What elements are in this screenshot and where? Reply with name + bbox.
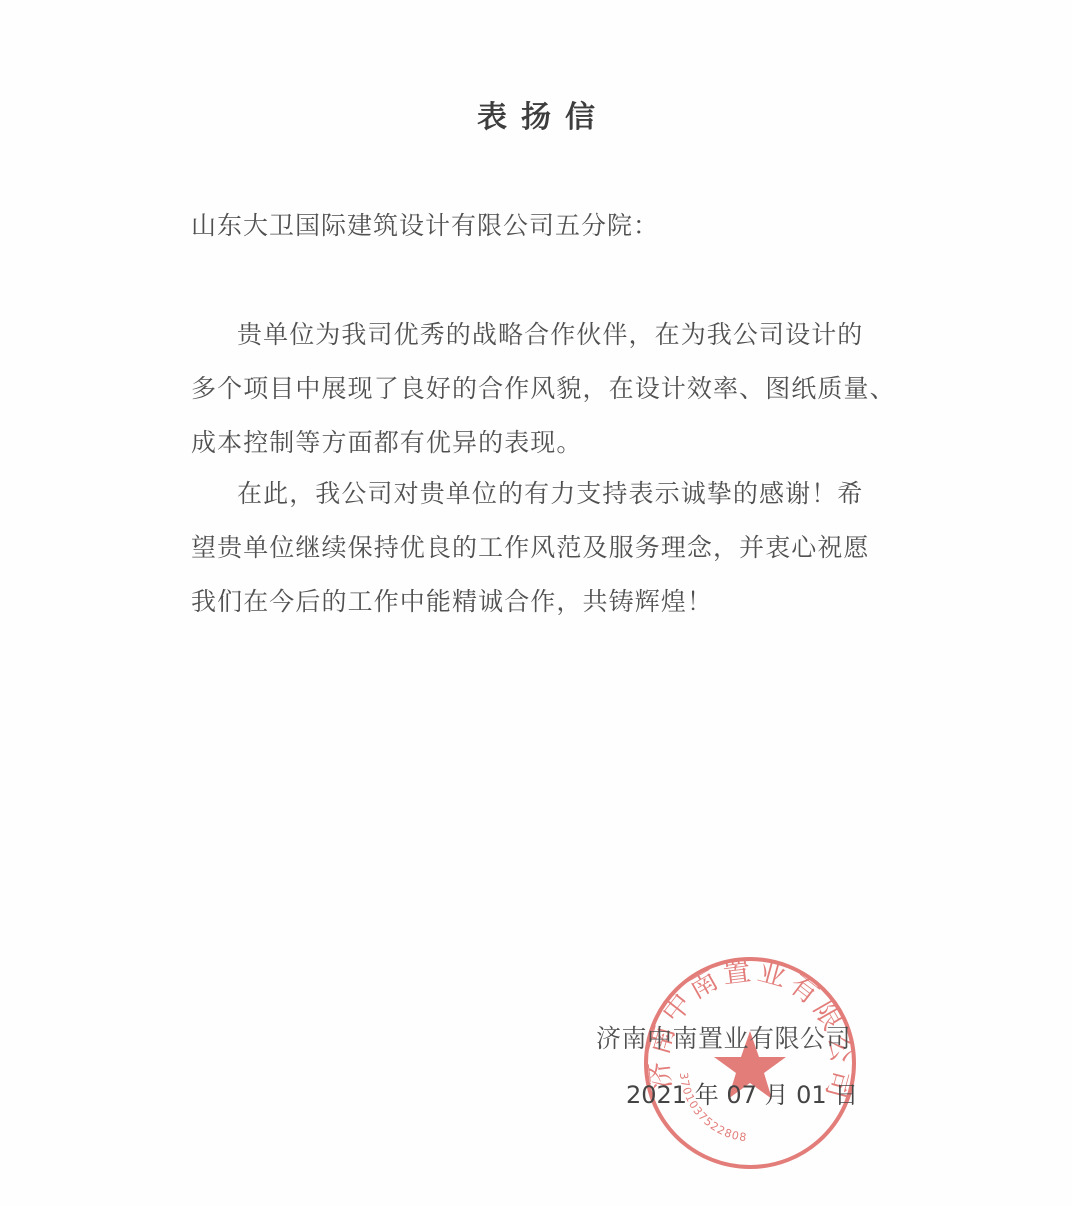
- salutation: 山东大卫国际建筑设计有限公司五分院：: [191, 206, 659, 242]
- paragraph-line: 我们在今后的工作中能精诚合作，共铸辉煌！: [191, 575, 911, 629]
- signature-company: 济南中南置业有限公司: [596, 1019, 851, 1055]
- paragraph-line: 多个项目中展现了良好的合作风貌，在设计效率、图纸质量、: [191, 362, 911, 416]
- letter-title: 表扬信: [0, 92, 1072, 136]
- paragraph-line: 望贵单位继续保持优良的工作风范及服务理念，并衷心祝愿: [191, 521, 911, 575]
- paragraph-1: 贵单位为我司优秀的战略合作伙伴，在为我公司设计的 多个项目中展现了良好的合作风貌…: [191, 308, 911, 470]
- signature-date: 2021 年 07 月 01 日: [626, 1075, 858, 1110]
- letter-page: 表扬信 山东大卫国际建筑设计有限公司五分院： 贵单位为我司优秀的战略合作伙伴，在…: [0, 0, 1072, 1206]
- paragraph-line: 贵单位为我司优秀的战略合作伙伴，在为我公司设计的: [191, 308, 911, 362]
- paragraph-line: 成本控制等方面都有优异的表现。: [191, 416, 911, 470]
- company-seal-stamp: 济南中南置业有限公司 3701037522808: [640, 953, 860, 1173]
- paragraph-line: 在此，我公司对贵单位的有力支持表示诚挚的感谢！希: [191, 467, 911, 521]
- paragraph-2: 在此，我公司对贵单位的有力支持表示诚挚的感谢！希 望贵单位继续保持优良的工作风范…: [191, 467, 911, 629]
